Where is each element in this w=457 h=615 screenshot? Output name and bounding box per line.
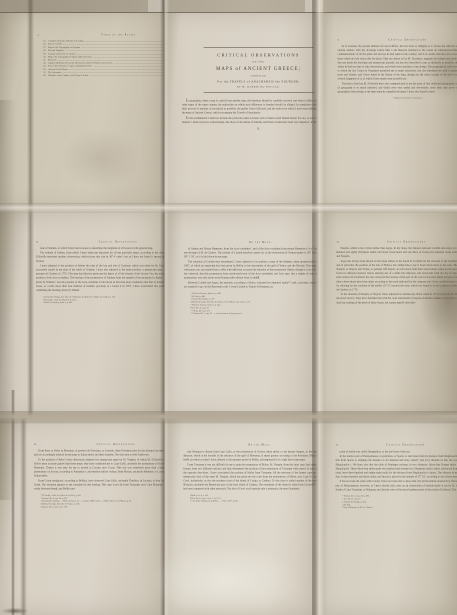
body-paragraph: point of which was called Onugnathos, or… [336,450,457,454]
page-20: 20 Critical Observations From Porto or P… [0,418,164,615]
footnote: ‖ Pausan. lib. 3. cap. 25. p. 278. [41,506,164,509]
title-line-2: ON THE [182,61,317,63]
signature-mark: B. [182,127,317,130]
footnotes: * Ingénieur des ponts et chaussées. [338,97,457,100]
title-line-5: For the TRAVELS of ANACHARSIS the YOUNGE… [182,80,317,83]
footnote: †† Pausan. lib. 2. cap. 15. — Ancienneme… [191,312,317,315]
catchword: of [36,307,164,310]
body-paragraph: The latitude of Athens, from which I hav… [36,251,164,263]
page-table-of-plates: 4 Table of the Plates. 25. Corinthia, Si… [0,12,164,210]
body-paragraph: Argos has always been placed on the maps… [336,259,457,292]
page-number: 22 [336,444,343,447]
catchword: Nauplia, [184,318,317,321]
body-paragraph: To the position of Pylos I have afterwar… [34,458,164,478]
body-paragraph: To the situation of Nauplia, or Napoli, … [336,292,457,304]
body-paragraph: Nauplia, which is but a little farther t… [336,246,457,258]
page-number: 4 [37,34,44,37]
running-head: On the Maps. 13 [184,241,317,244]
body-paragraph: The situation of Corinth thus determined… [184,260,317,280]
running-head: 6 Critical Observations [338,38,457,41]
page-body: Nauplia, which is but a little farther t… [336,246,457,304]
running-head-title: Critical Observations [344,240,457,243]
running-head-title: Table of the Plates. [45,33,164,36]
catchword: that [34,511,164,514]
running-head: 14 Critical Observations [336,240,457,243]
page-6: 6 Critical Observations de la Luzerne, t… [317,12,457,210]
running-head: On the Maps. 21 [183,443,317,446]
body-paragraph: It has not been the same with Corone; I … [336,479,457,491]
page-13: On the Maps. 13 of Athens and Mount Hyme… [164,210,317,418]
title-line-1: CRITICAL OBSERVATIONS [182,53,317,58]
title-line-4: COMPILED [182,75,317,77]
body-paragraph: de la Luzerne, the present minister for … [338,44,457,81]
running-head: 20 Critical Observations [34,443,164,446]
body-paragraph: In the interior part of Peloponnesus, La… [336,454,457,478]
seam-gap [305,0,323,12]
page-body: point of which was called Onugnathos, or… [336,450,457,492]
footnotes: ‖ Bellin, liv. 4. p. 102.¶ Plin. lib. 4.… [183,494,317,503]
page-body: tude of Salamis, to which I have had rec… [36,246,164,292]
body-paragraph: From Coron navigators, according to Bell… [34,479,164,491]
catchword: gra- [338,103,457,106]
body-paragraph: From Porto or Pylos in Messenia, at pres… [34,449,164,457]
plate-number: 36. [37,74,48,77]
catchword: point [183,506,317,509]
body-paragraph: that Matapan is distant from Cape Gallo,… [183,450,317,462]
running-head: 22 Critical Observations [336,443,457,446]
running-head-title: On the Maps. [191,241,317,244]
plate-label: Tablature of the Cabinet of the King of … [48,74,88,77]
page-body: In geography, when a map is copied from … [182,98,317,124]
pasted-book-pages-wall: 4 Table of the Plates. 25. Corinthia, Si… [0,0,457,615]
page-14: 14 Critical Observations Nauplia, which … [317,210,457,418]
page-22: 22 Critical Observations point of which … [317,418,457,615]
page-body: de la Luzerne, the present minister for … [338,44,457,93]
plate-row: 36. Tablature of the Cabinet of the King… [37,74,164,77]
body-paragraph: In this examination I shall not include … [182,116,317,125]
footnote: † Wheler's Journey, book v. p. 442. [43,301,164,304]
body-paragraph: I have adjusted to the position of Athen… [36,264,164,292]
footnotes: † Journal du Voyage, à la suite de la Ré… [36,296,164,305]
title-rule-top [204,47,314,48]
page-number: 6 [338,38,345,41]
catchword: ring [336,307,457,310]
running-head-title: On the Maps. [191,443,317,446]
running-head-title: Critical Observations [43,240,164,243]
body-paragraph: tude of Salamis, to which I have had rec… [36,246,164,250]
page-number: 14 [336,240,343,243]
footnote: ‖ Voyez Mémoire de M. de Chabert. [342,506,457,509]
running-head-title: Critical Observations [41,443,164,446]
catchword: latitude [336,512,457,515]
title-rule-bottom [204,92,314,93]
page-number: 20 [34,443,41,446]
footnotes: * D'Anville, Anal. des Côtes de la Grèce… [34,494,164,508]
body-paragraph: In geography, when a map is copied from … [182,98,317,115]
footnotes: * Wheler's Journey, book vi. p. 443.† Id… [184,292,317,315]
page-21: On the Maps. 21 that Matapan is distant … [164,418,317,615]
page-body: of Athens and Mount Hymettus, from the A… [184,247,317,289]
footnote: * Coronelli, Voyages de la Morée. — Pari… [190,500,317,503]
footnotes: * Pausan. lib. 3. cap. 20. p. 392.† Liv.… [336,495,457,509]
body-paragraph: The heirs of the late M. D'Anville have … [338,82,457,94]
running-head-title: Critical Observations [345,38,457,41]
footnote: * Ingénieur des ponts et chaussées. [338,97,457,100]
running-head: 12 Critical Observations [36,240,164,243]
page-title: CRITICAL OBSERVATIONS ON THE MAPS of ANC… [164,12,317,210]
body-paragraph: Between Corinth and Argos, the ancients,… [184,281,317,289]
running-head: 4 Table of the Plates. [37,33,164,36]
body-paragraph: of Athens and Mount Hymettus, from the A… [184,247,317,259]
title-line-6: BY M. BARBIÉ DU BOCAGE. [182,85,317,88]
page-number: 12 [36,240,43,243]
running-head-title: Critical Observations [343,443,457,446]
page-body: From Porto or Pylos in Messenia, at pres… [34,449,164,491]
plates-table: 25. Corinthia, Sicyonia, Phliasia and Ac… [37,40,164,78]
seam-gap [148,0,162,12]
signature-line: B. de [182,127,317,130]
page-body: that Matapan is distant from Cape Gallo,… [183,450,317,491]
title-line-3: MAPS of ANCIENT GREECE; [182,66,317,72]
body-paragraph: From Tænarum it was not difficult for me… [183,463,317,491]
page-12: 12 Critical Observations tude of Salamis… [0,210,164,418]
